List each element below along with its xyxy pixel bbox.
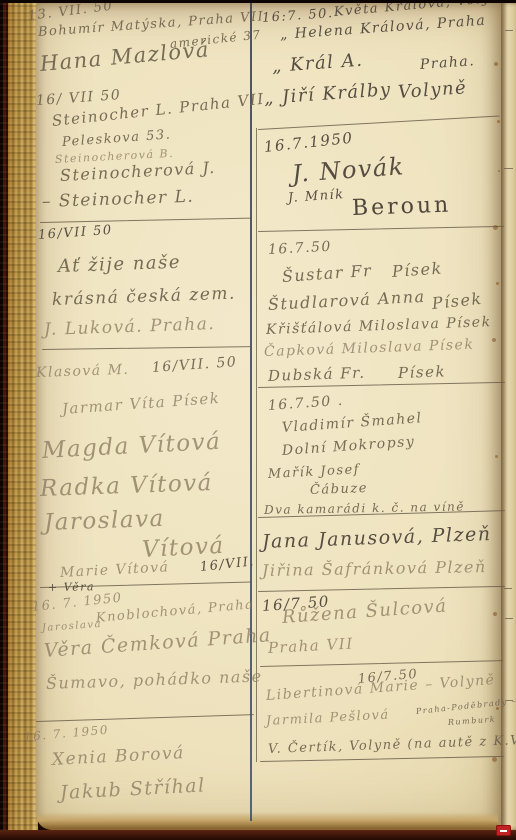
adjacent-page-mark [505, 618, 513, 619]
handwritten-entry-line: + Věra [48, 581, 95, 593]
handwritten-entry-line: Beroun [352, 195, 452, 220]
foxing-spot [496, 707, 499, 710]
foxing-spot [496, 282, 499, 285]
watermark-dash-icon [500, 830, 507, 832]
foxing-spot [495, 455, 498, 458]
red-watermark-badge [496, 825, 511, 836]
column-divider-line [250, 3, 252, 821]
foxing-spot [498, 170, 500, 172]
foxing-spot [492, 338, 496, 342]
handwritten-entry-line: Praha VII [268, 637, 354, 656]
adjacent-page-mark [505, 30, 513, 31]
scanned-guestbook-page: 13. VII. 50Bohumír Matýska, Praha VIIame… [0, 0, 516, 840]
scan-top-edge [0, 0, 516, 3]
book-spine-gilt-edge [0, 0, 38, 840]
foxing-spot [493, 225, 498, 230]
handwritten-entry-line: Čábuze [310, 482, 368, 497]
handwritten-entry-line: Dubská Fr. [268, 366, 366, 384]
handwritten-entry-line: Jiřina Šafránková Plzeň [262, 559, 487, 579]
handwritten-entry-line: Klasová M. [36, 363, 130, 380]
adjacent-page-mark [504, 168, 513, 169]
foxing-spot [494, 62, 498, 66]
handwritten-entry-line: Písek [391, 260, 443, 280]
page-bottom-edge [36, 812, 498, 830]
handwritten-entry-line: Jaroslava [44, 508, 166, 535]
handwritten-entry-line: Praha. [420, 54, 476, 72]
handwritten-entry-line: J. Mník [288, 188, 345, 205]
handwritten-entry-line: Dva kamarádi k. č. na víně [264, 500, 465, 516]
handwritten-entry-line: 16.7.50 [268, 240, 333, 257]
foxing-spot [492, 757, 497, 762]
handwritten-entry-line: Ať žije naše [58, 254, 182, 276]
foxing-spot [497, 120, 500, 123]
foxing-spot [493, 612, 497, 616]
handwritten-entry-line: J. Novák [291, 154, 405, 186]
handwritten-entry-line: Radka Vítová [40, 472, 214, 501]
handwritten-entry-line: Písek [398, 364, 447, 381]
adjacent-page-mark [504, 588, 512, 589]
handwritten-entry-line: Volyně [397, 79, 467, 102]
adjacent-page-mark [506, 700, 513, 701]
book-cover-bottom-edge [0, 830, 516, 840]
